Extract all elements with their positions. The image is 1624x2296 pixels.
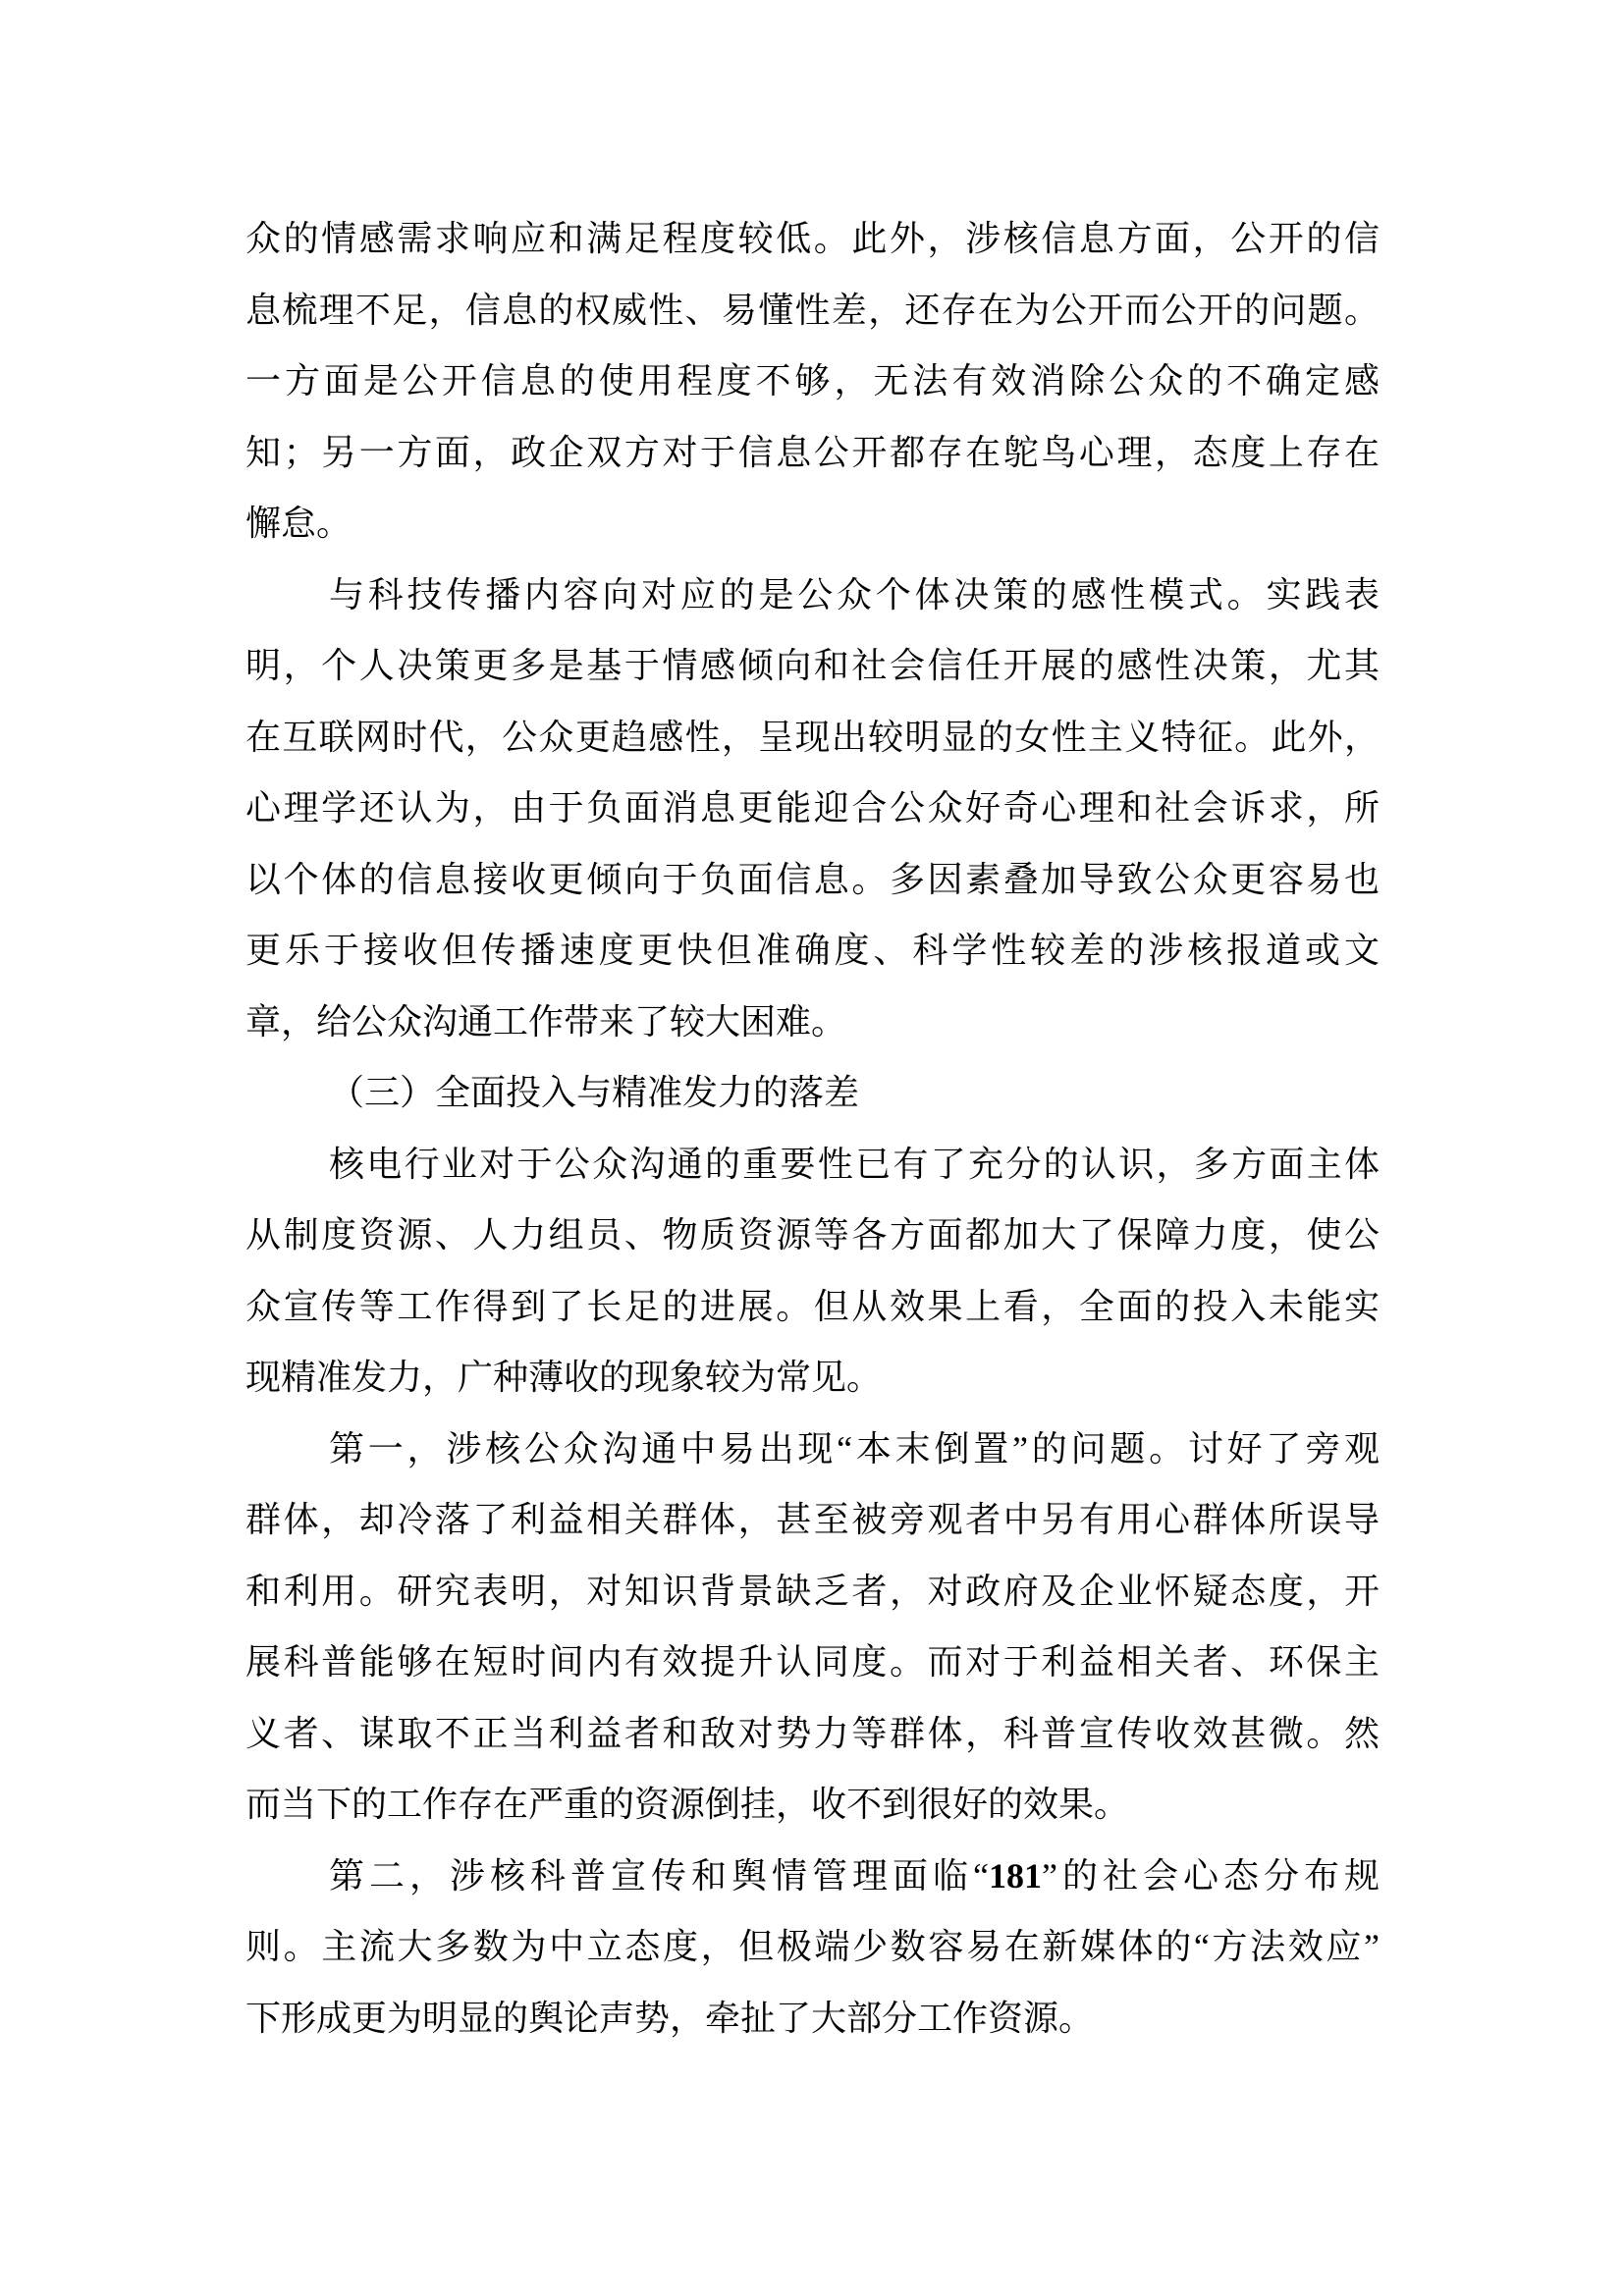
section-heading: （三）全面投入与精准发力的落差	[245, 1057, 1380, 1129]
text-line: 和利用。研究表明，对知识背景缺乏者，对政府及企业怀疑态度，开	[245, 1556, 1380, 1628]
text-line: 在互联网时代，公众更趋感性，呈现出较明显的女性主义特征。此外，	[245, 702, 1380, 774]
text-line: 展科普能够在短时间内有效提升认同度。而对于利益相关者、环保主	[245, 1627, 1380, 1698]
text-line: 众宣传等工作得到了长足的进展。但从效果上看，全面的投入未能实	[245, 1271, 1380, 1343]
text-line: 一方面是公开信息的使用程度不够，无法有效消除公众的不确定感	[245, 346, 1380, 417]
text-line: 息梳理不足，信息的权威性、易懂性差，还存在为公开而公开的问题。	[245, 275, 1380, 347]
text-line: 与科技传播内容向对应的是公众个体决策的感性模式。实践表	[245, 560, 1380, 631]
text-block: 众的情感需求响应和满足程度较低。此外，涉核信息方面，公开的信息梳理不足，信息的权…	[245, 203, 1380, 2054]
document-page: 众的情感需求响应和满足程度较低。此外，涉核信息方面，公开的信息梳理不足，信息的权…	[0, 0, 1624, 2296]
text-line: 更乐于接收但传播速度更快但准确度、科学性较差的涉核报道或文	[245, 915, 1380, 987]
text-line: 明，个人决策更多是基于情感倾向和社会信任开展的感性决策，尤其	[245, 630, 1380, 702]
text-line: 心理学还认为，由于负面消息更能迎合公众好奇心理和社会诉求，所	[245, 773, 1380, 844]
text-line: 现精准发力，广种薄收的现象较为常见。	[245, 1342, 1380, 1414]
text-line: 则。主流大多数为中立态度，但极端少数容易在新媒体的“方法效应”	[245, 1911, 1380, 1983]
text-line: 下形成更为明显的舆论声势，牵扯了大部分工作资源。	[245, 1983, 1380, 2055]
text-line: 从制度资源、人力组员、物质资源等各方面都加大了保障力度，使公	[245, 1200, 1380, 1271]
text-line: 义者、谋取不正当利益者和敌对势力等群体，科普宣传收效甚微。然	[245, 1698, 1380, 1770]
text-line: 懈怠。	[245, 488, 1380, 560]
text-line: 群体，却冷落了利益相关群体，甚至被旁观者中另有用心群体所误导	[245, 1484, 1380, 1556]
text-line: 以个体的信息接收更倾向于负面信息。多因素叠加导致公众更容易也	[245, 844, 1380, 916]
text-line: 知；另一方面，政企双方对于信息公开都存在鸵鸟心理，态度上存在	[245, 417, 1380, 489]
text-line: 众的情感需求响应和满足程度较低。此外，涉核信息方面，公开的信	[245, 203, 1380, 275]
text-line: 第一，涉核公众沟通中易出现“本末倒置”的问题。讨好了旁观	[245, 1414, 1380, 1485]
text-line: 核电行业对于公众沟通的重要性已有了充分的认识，多方面主体	[245, 1129, 1380, 1201]
text-line: 第二，涉核科普宣传和舆情管理面临“181”的社会心态分布规	[245, 1841, 1380, 1912]
text-line: 而当下的工作存在严重的资源倒挂，收不到很好的效果。	[245, 1769, 1380, 1841]
text-line: 章，给公众沟通工作带来了较大困难。	[245, 987, 1380, 1058]
